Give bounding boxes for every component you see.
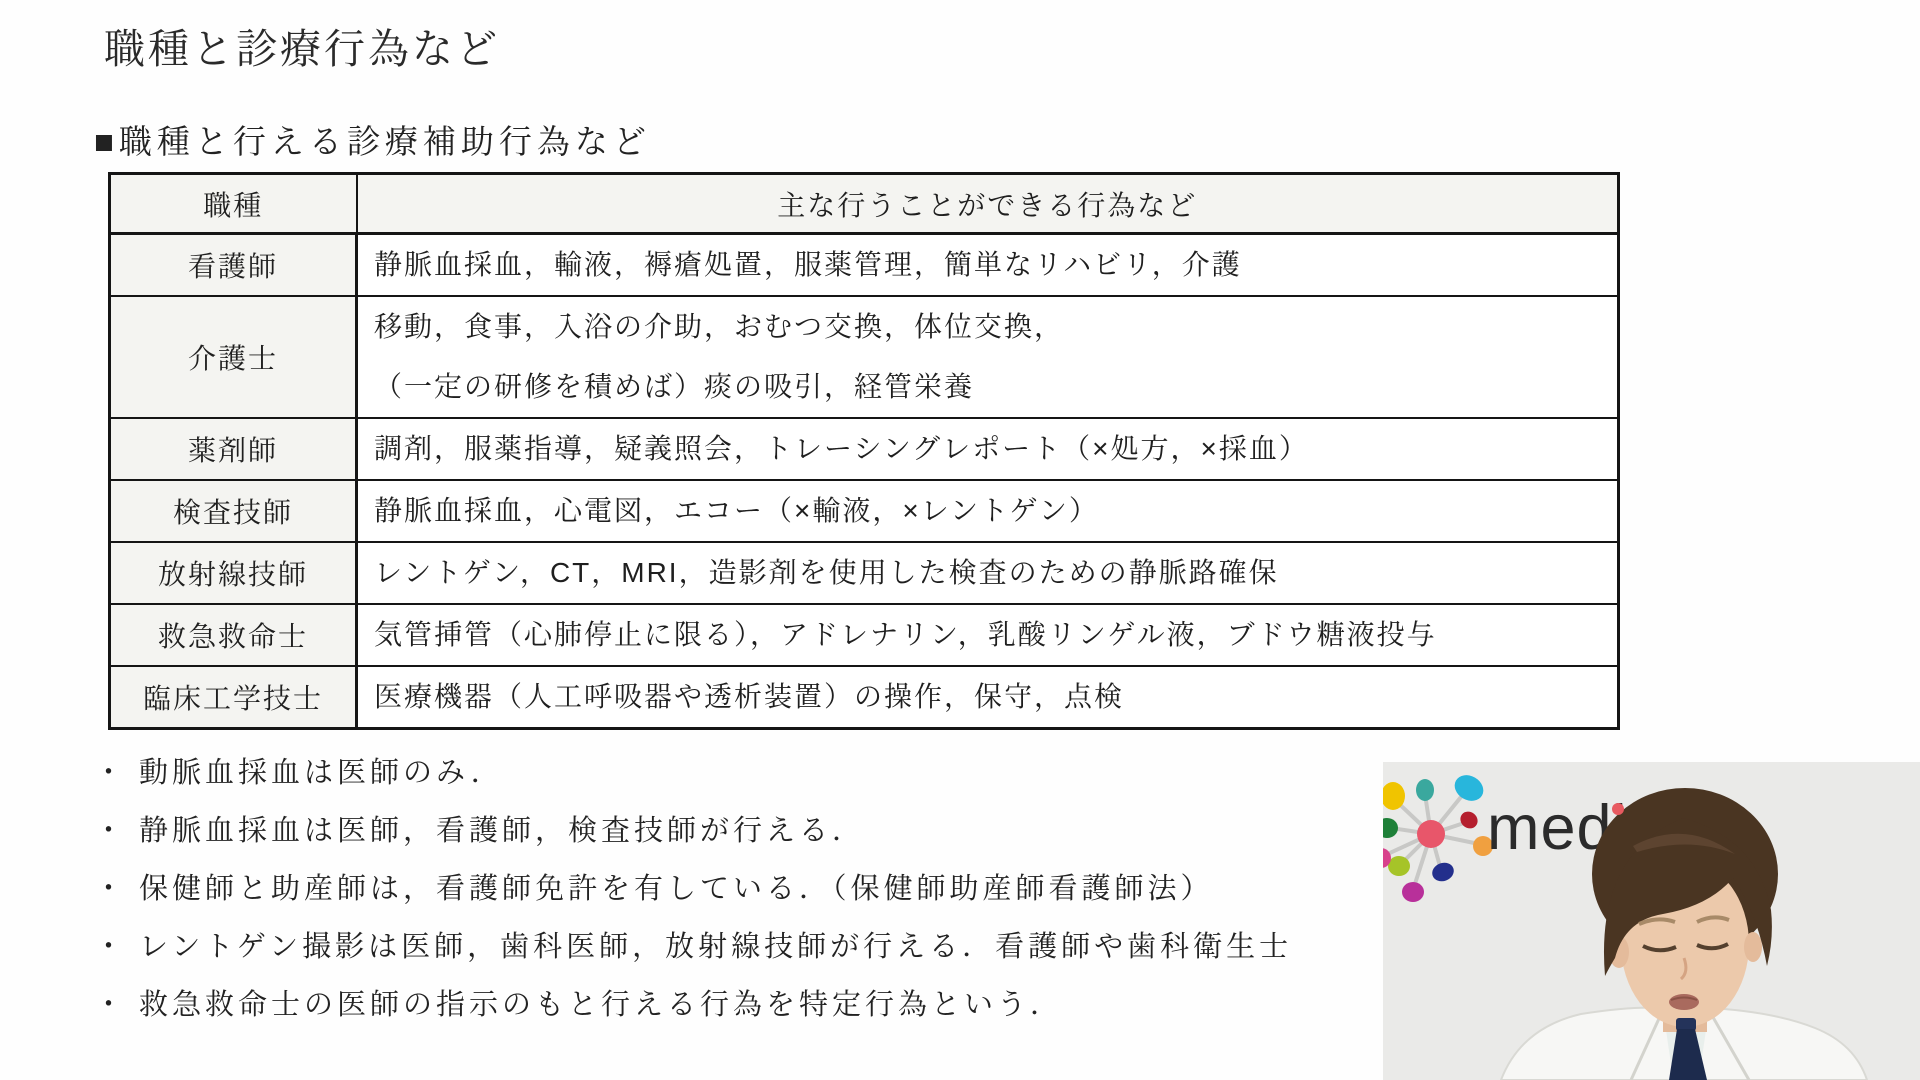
table-header-row: 職種 主な行うことができる行為など xyxy=(110,174,1619,234)
table-row: 救急救命士 気管挿管（心肺停止に限る），アドレナリン，乳酸リンゲル液，ブドウ糖液… xyxy=(110,604,1619,666)
webcam-video-overlay: medi xyxy=(1383,762,1920,1080)
acts-cell: 医療機器（人工呼吸器や透析装置）の操作，保守，点検 xyxy=(357,666,1619,729)
logo-i-dot-icon xyxy=(1612,803,1624,815)
role-cell: 臨床工学技士 xyxy=(110,666,357,729)
table-row: 看護師 静脈血採血，輸液，褥瘡処置，服薬管理，簡単なリハビリ，介護 xyxy=(110,234,1619,297)
table-row: 検査技師 静脈血採血，心電図，エコー（×輸液，×レントゲン） xyxy=(110,480,1619,542)
role-cell: 放射線技師 xyxy=(110,542,357,604)
acts-cell: 調剤，服薬指導，疑義照会，トレーシングレポート（×処方，×採血） xyxy=(357,418,1619,480)
acts-cell: 気管挿管（心肺停止に限る），アドレナリン，乳酸リンゲル液，ブドウ糖液投与 xyxy=(357,604,1619,666)
acts-cell: レントゲン，CT，MRI，造影剤を使用した検査のための静脈路確保 xyxy=(357,542,1619,604)
table-row: 臨床工学技士 医療機器（人工呼吸器や透析装置）の操作，保守，点検 xyxy=(110,666,1619,729)
acts-cell: 静脈血採血，輸液，褥瘡処置，服薬管理，簡単なリハビリ，介護 xyxy=(357,234,1619,297)
role-cell: 介護士 xyxy=(110,296,357,418)
column-header-role: 職種 xyxy=(110,174,357,234)
table-row: 放射線技師 レントゲン，CT，MRI，造影剤を使用した検査のための静脈路確保 xyxy=(110,542,1619,604)
role-cell: 薬剤師 xyxy=(110,418,357,480)
acts-cell: 移動，食事，入浴の介助，おむつ交換，体位交換， （一定の研修を積めば）痰の吸引，… xyxy=(357,296,1619,418)
table-row: 薬剤師 調剤，服薬指導，疑義照会，トレーシングレポート（×処方，×採血） xyxy=(110,418,1619,480)
presenter-person xyxy=(1383,762,1920,1080)
column-header-acts: 主な行うことができる行為など xyxy=(357,174,1619,234)
role-cell: 検査技師 xyxy=(110,480,357,542)
procedures-table-container: 職種 主な行うことができる行為など 看護師 静脈血採血，輸液，褥瘡処置，服薬管理… xyxy=(108,172,1620,730)
acts-cell: 静脈血採血，心電図，エコー（×輸液，×レントゲン） xyxy=(357,480,1619,542)
table-row: 介護士 移動，食事，入浴の介助，おむつ交換，体位交換， （一定の研修を積めば）痰… xyxy=(110,296,1619,418)
procedures-table: 職種 主な行うことができる行為など 看護師 静脈血採血，輸液，褥瘡処置，服薬管理… xyxy=(108,172,1620,730)
role-cell: 救急救命士 xyxy=(110,604,357,666)
role-cell: 看護師 xyxy=(110,234,357,297)
page-title: 職種と診療行為など xyxy=(104,16,500,75)
section-subtitle: ■職種と行える診療補助行為など xyxy=(94,116,651,163)
